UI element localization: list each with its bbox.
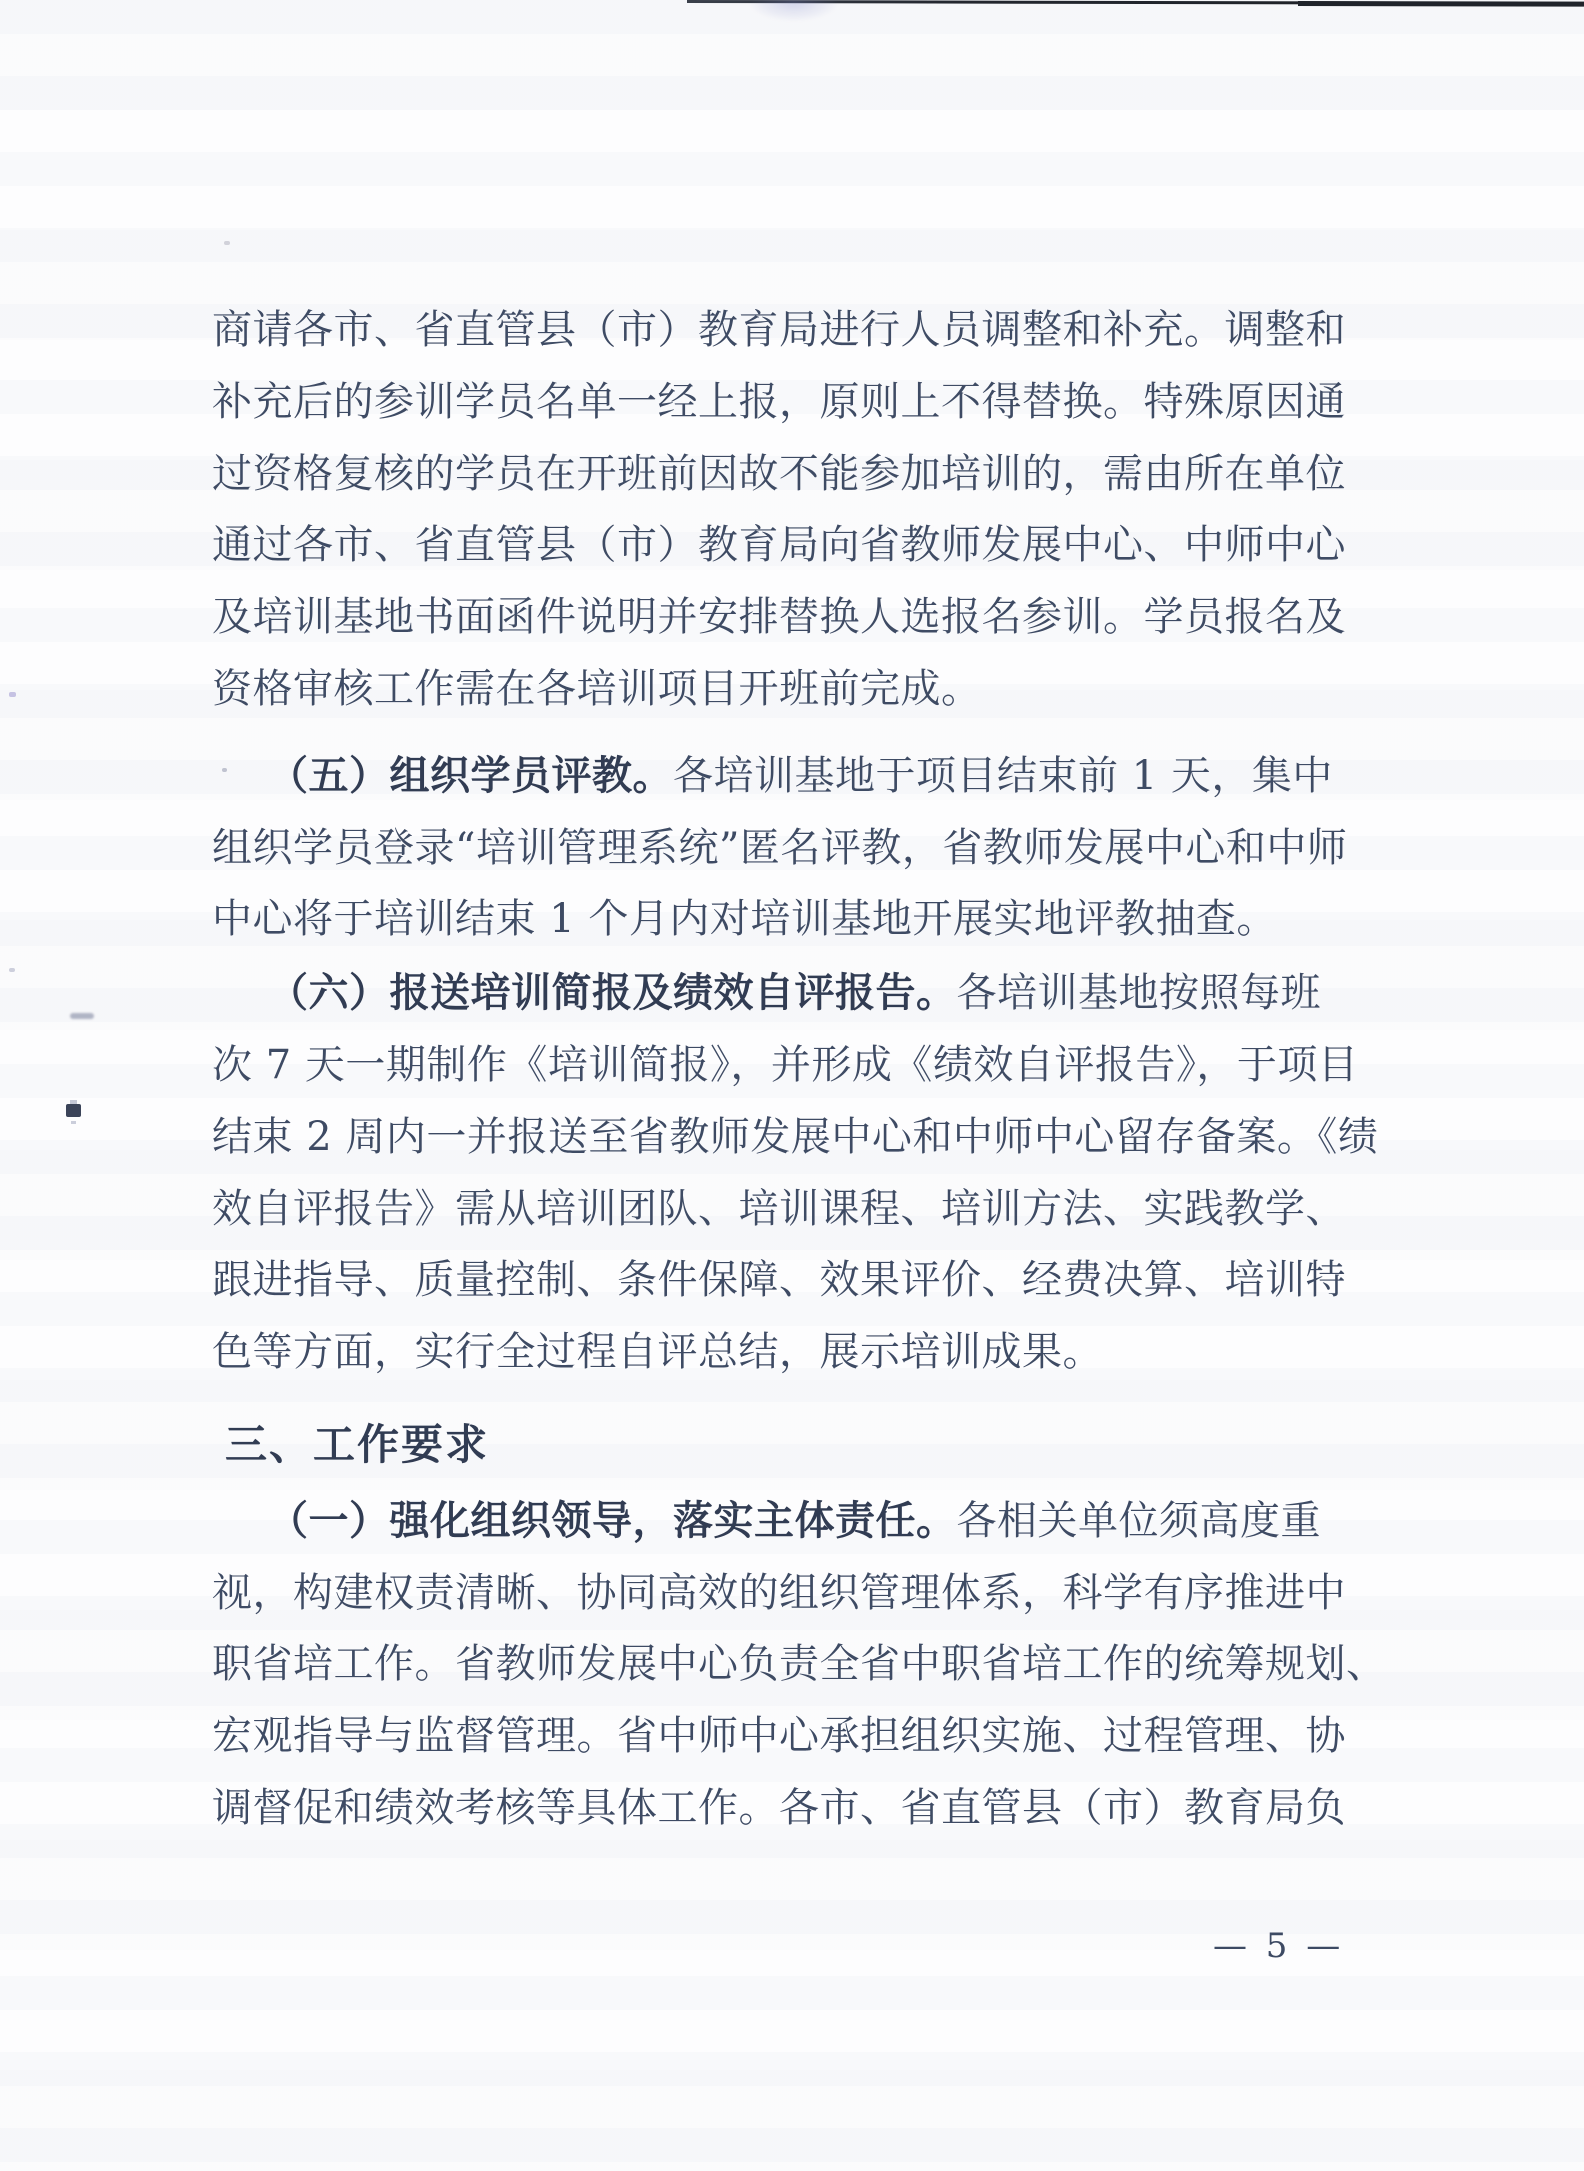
margin-speck: [66, 1104, 81, 1117]
text-line-12: 结束 2 周内一并报送至省教师发展中心和中师中心留存备案。《绩: [212, 1101, 1378, 1173]
text-line-10: （六）报送培训简报及绩效自评报告。各培训基地按照每班: [212, 957, 1321, 1029]
margin-speck: [9, 692, 16, 697]
text-line-18: 视，构建权责清晰、协同高效的组织管理体系，科学有序推进中: [212, 1557, 1346, 1629]
text-line-13: 效自评报告》需从培训团队、培训课程、培训方法、实践教学、: [212, 1173, 1346, 1245]
document-page: 商请各市、省直管县（市）教育局进行人员调整和补充。调整和补充后的参训学员名单一经…: [0, 0, 1584, 2171]
page-number: — 5 —: [1213, 1926, 1344, 1966]
section-heading: 三、工作要求: [212, 1409, 489, 1481]
scan-smudge: [748, 0, 840, 22]
text-line-17: （一）强化组织领导，落实主体责任。各相关单位须高度重: [212, 1485, 1321, 1557]
text-line-8: 组织学员登录“培训管理系统”匿名评教，省教师发展中心和中师: [212, 812, 1347, 884]
text-line-1: 商请各市、省直管县（市）教育局进行人员调整和补充。调整和: [212, 294, 1346, 366]
text-line-4: 通过各市、省直管县（市）教育局向省教师发展中心、中师中心: [212, 509, 1346, 581]
margin-speck: [9, 968, 15, 972]
scan-edge-artifact-thick: [1298, 1, 1584, 7]
bold-lead: 三、工作要求: [225, 1421, 489, 1468]
text-line-14: 跟进指导、质量控制、条件保障、效果评价、经费决算、培训特: [212, 1244, 1346, 1316]
text-line-2: 补充后的参训学员名单一经上报，原则上不得替换。特殊原因通: [212, 366, 1346, 438]
margin-speck: [224, 241, 230, 245]
bold-lead: （六）报送培训简报及绩效自评报告。: [268, 969, 957, 1016]
text-line-5: 及培训基地书面函件说明并安排替换人选报名参训。学员报名及: [212, 581, 1346, 653]
text-line-11: 次 7 天一期制作《培训简报》，并形成《绩效自评报告》，于项目: [212, 1029, 1358, 1101]
text-line-15: 色等方面，实行全过程自评总结，展示培训成果。: [212, 1316, 1103, 1388]
text-line-21: 调督促和绩效考核等具体工作。各市、省直管县（市）教育局负: [212, 1772, 1346, 1844]
margin-speck: [70, 1013, 94, 1019]
text-line-7: （五）组织学员评教。各培训基地于项目结束前 1 天，集中: [212, 740, 1333, 812]
bold-lead: （五）组织学员评教。: [268, 752, 673, 799]
text-line-20: 宏观指导与监督管理。省中师中心承担组织实施、过程管理、协: [212, 1700, 1346, 1772]
text-line-9: 中心将于培训结束 1 个月内对培训基地开展实地评教抽查。: [212, 883, 1277, 955]
text-line-19: 职省培工作。省教师发展中心负责全省中职省培工作的统筹规划、: [212, 1628, 1387, 1700]
bold-lead: （一）强化组织领导，落实主体责任。: [268, 1497, 957, 1544]
text-line-3: 过资格复核的学员在开班前因故不能参加培训的，需由所在单位: [212, 438, 1346, 510]
text-line-6: 资格审核工作需在各培训项目开班前完成。: [212, 653, 982, 725]
